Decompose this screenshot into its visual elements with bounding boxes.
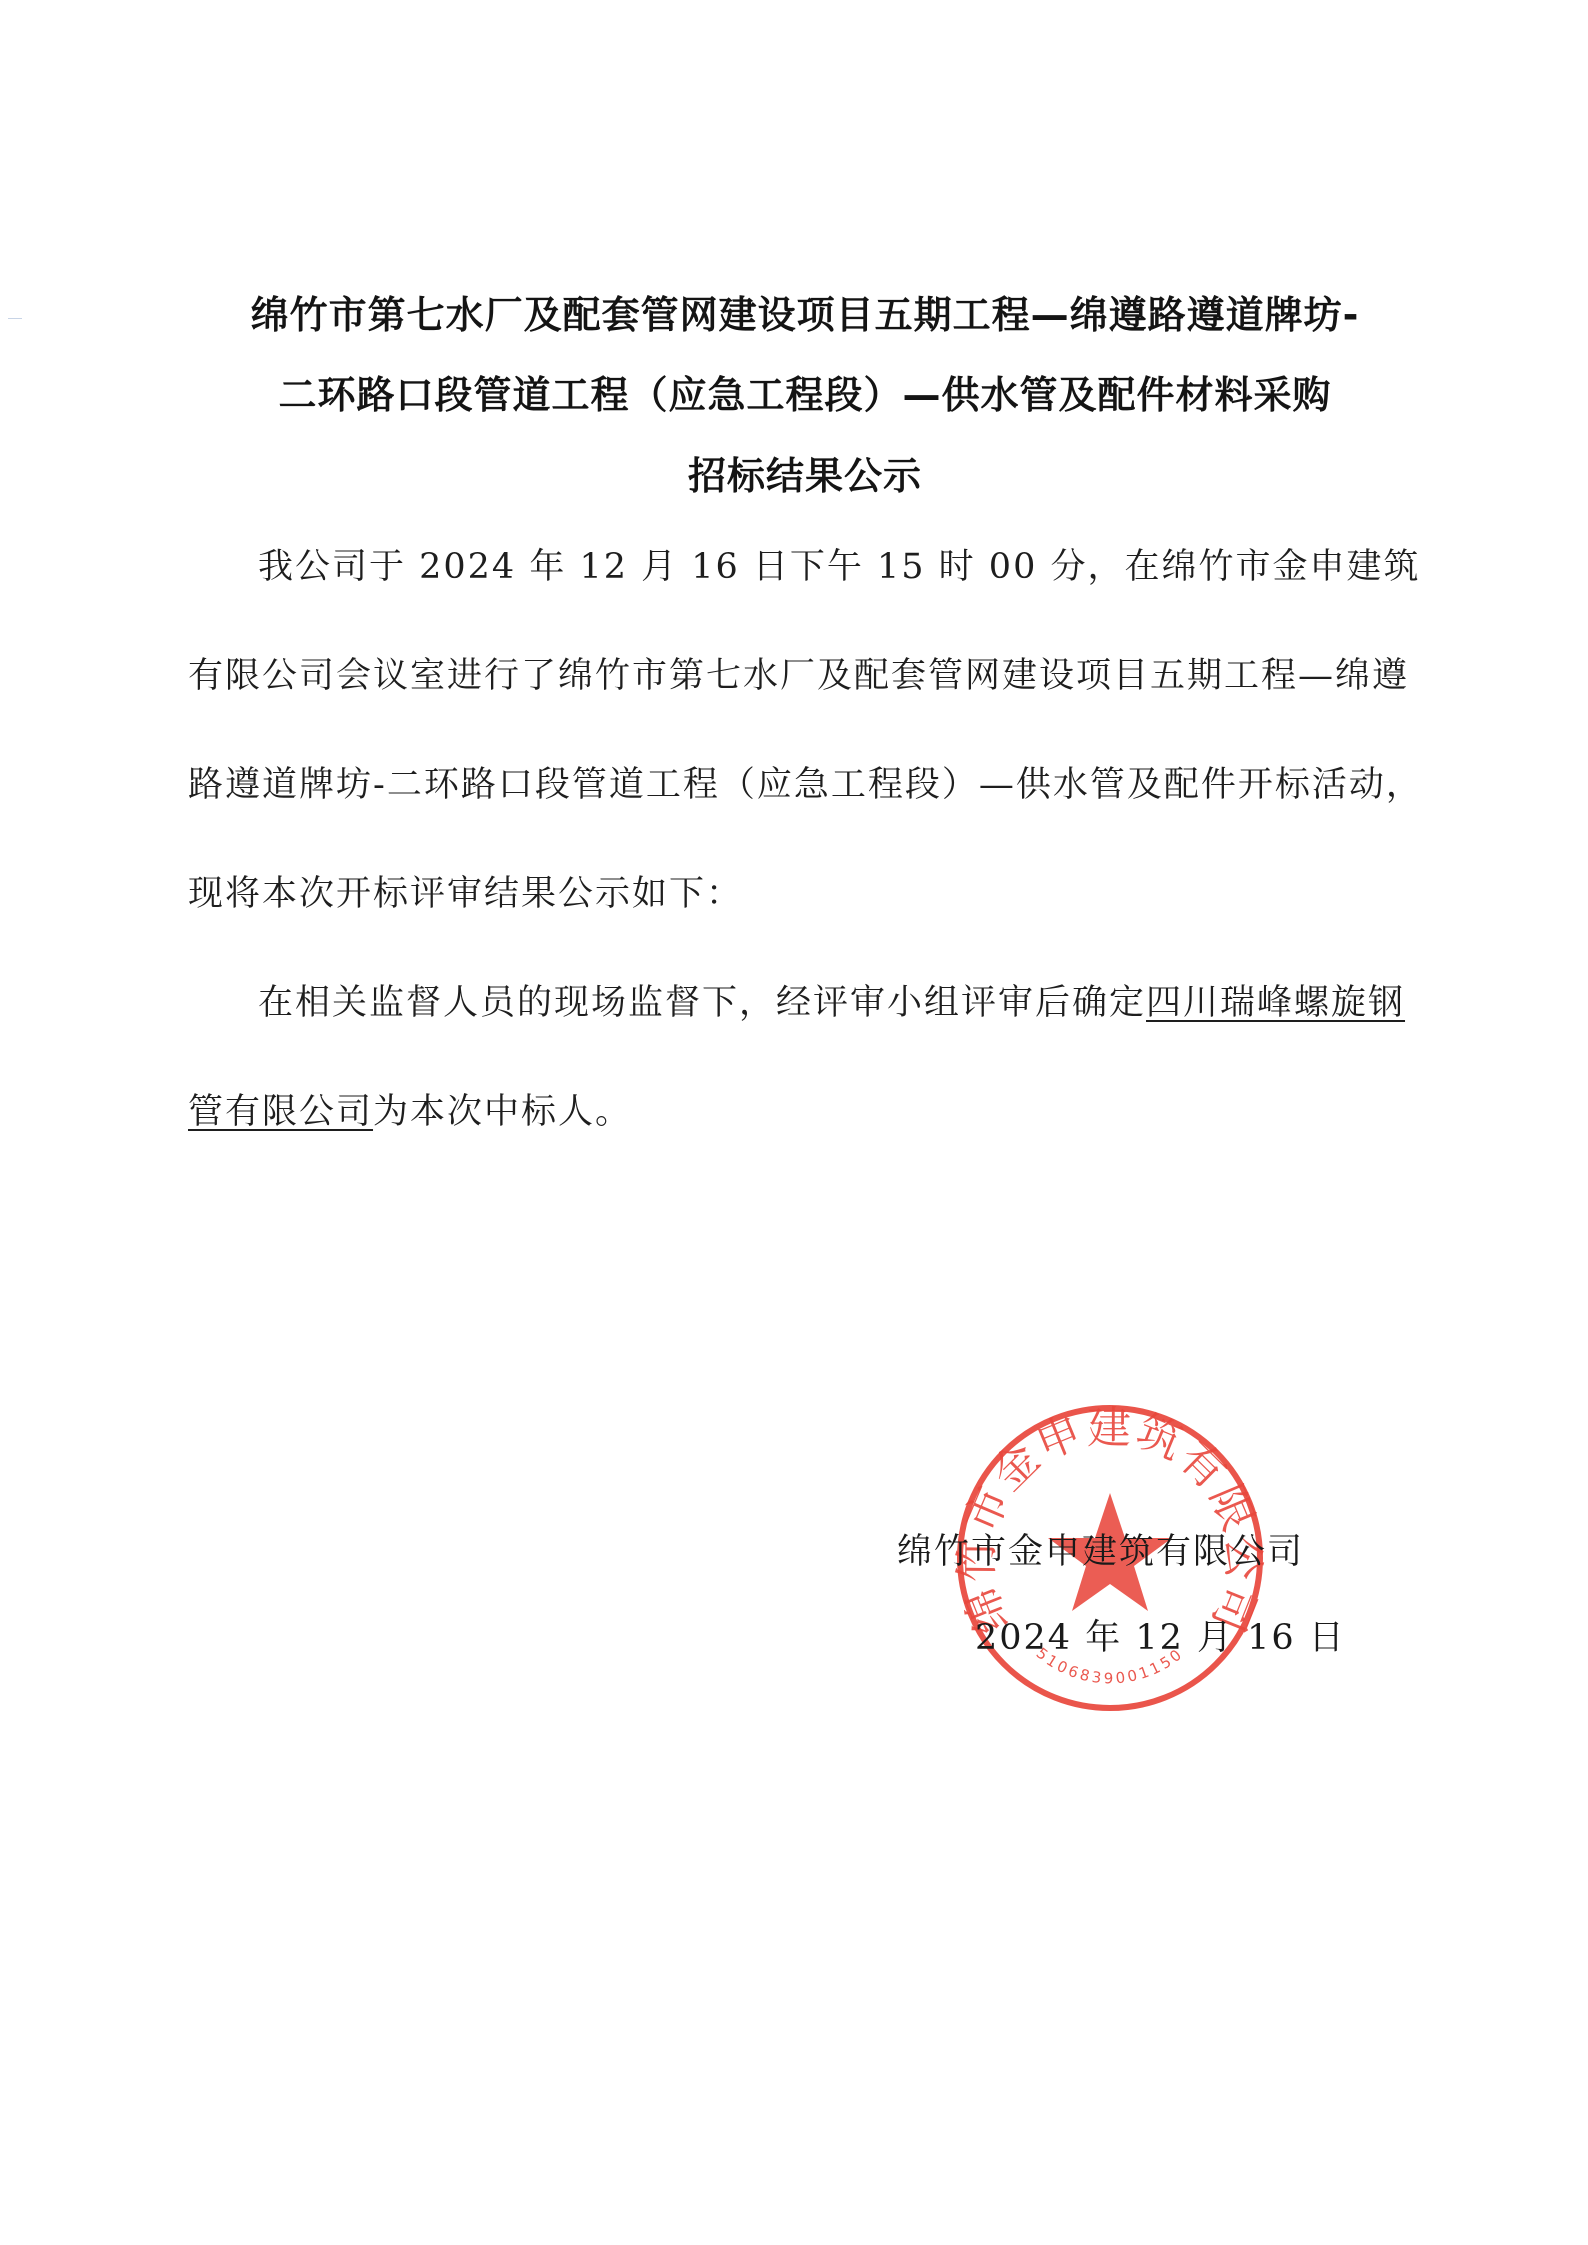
signature-company: 绵竹市金申建筑有限公司 bbox=[897, 1524, 1304, 1574]
title-line-2: 二环路口段管道工程（应急工程段）—供水管及配件材料采购 bbox=[180, 364, 1430, 419]
title-line-3: 招标结果公示 bbox=[180, 445, 1430, 500]
result-text-before: 在相关监督人员的现场监督下，经评审小组评审后确定 bbox=[258, 983, 1146, 1023]
title-line-1: 绵竹市第七水厂及配套管网建设项目五期工程—绵遵路遵道牌坊- bbox=[180, 284, 1430, 339]
paragraph-opening-info: 我公司于 2024 年 12 月 16 日下午 15 时 00 分，在绵竹市金申… bbox=[188, 513, 1428, 949]
signature-date: 2024 年 12 月 16 日 bbox=[975, 1610, 1346, 1660]
scan-edge-mark bbox=[8, 318, 22, 319]
paragraph-result: 在相关监督人员的现场监督下，经评审小组评审后确定四川瑞峰螺旋钢管有限公司为本次中… bbox=[188, 949, 1428, 1167]
result-text-after: 为本次中标人。 bbox=[373, 1092, 632, 1132]
